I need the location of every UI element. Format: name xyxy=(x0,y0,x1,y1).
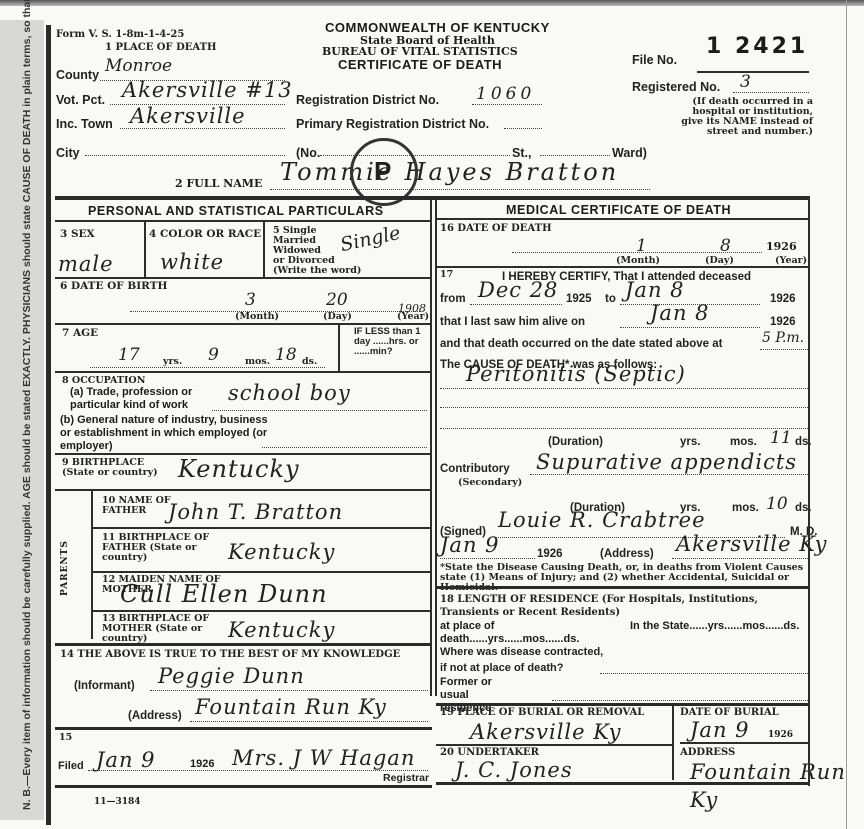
primary-reg-label: Primary Registration District No. xyxy=(296,117,489,131)
dod-month: 1 xyxy=(636,236,647,256)
column-divider xyxy=(435,196,437,696)
header-commonwealth: COMMONWEALTH OF KENTUCKY xyxy=(325,20,550,35)
occupation-a-value: school boy xyxy=(228,381,351,405)
file-no-label: File No. xyxy=(632,53,677,67)
death-time-text: and that death occurred on the date stat… xyxy=(440,338,722,350)
city-label: City xyxy=(56,146,80,160)
sign-date-value: Jan 9 xyxy=(440,533,500,557)
if-not-label: if not at place of death? xyxy=(440,662,563,674)
divider xyxy=(436,218,810,220)
informant-label: (Informant) xyxy=(74,680,135,692)
divider xyxy=(55,371,430,373)
full-name-line xyxy=(270,189,650,190)
secondary-label: (Secondary) xyxy=(458,478,522,488)
color-value: white xyxy=(160,250,224,274)
month-caption: (Month) xyxy=(235,312,279,322)
undertaker-address-label: ADDRESS xyxy=(680,748,735,758)
filed-date: Jan 9 xyxy=(96,748,156,772)
registrar-label: Registrar xyxy=(383,772,429,784)
color-label: 4 COLOR OR RACE xyxy=(149,229,261,240)
from-value: Dec 28 xyxy=(478,278,558,302)
reg-district-label: Registration District No. xyxy=(296,93,439,107)
vot-pct-value: Akersville #13 xyxy=(122,78,293,102)
divider xyxy=(92,571,430,573)
dod-year-caption: (Year) xyxy=(775,256,807,266)
undertaker-value: J. C. Jones xyxy=(455,758,573,782)
last-saw-value: Jan 8 xyxy=(650,301,710,325)
signed-value: Louie R. Crabtree xyxy=(498,508,706,532)
father-value: John T. Bratton xyxy=(168,500,343,524)
divider xyxy=(92,527,430,529)
dob-month: 3 xyxy=(245,290,256,310)
age-ds: 18 xyxy=(275,345,297,365)
personal-heading: PERSONAL AND STATISTICAL PARTICULARS xyxy=(88,204,384,218)
ward-line xyxy=(540,155,610,156)
undertaker-address-value: Fountain Run Ky xyxy=(690,758,850,814)
ds-caption: ds. xyxy=(302,357,317,367)
duration1-ds: 11 xyxy=(770,428,792,448)
duration2-mos-caption: mos. xyxy=(732,502,759,514)
informant-line xyxy=(150,690,428,691)
cause-value: Peritonitis (Septic) xyxy=(466,362,686,386)
full-name-label: 2 FULL NAME xyxy=(175,177,262,190)
scan-edge xyxy=(0,0,864,6)
yrs-caption: yrs. xyxy=(163,357,182,367)
full-name-value: Tommie Hayes Bratton xyxy=(280,158,619,186)
street-line xyxy=(320,155,510,156)
registrar-value: Mrs. J W Hagan xyxy=(232,746,415,770)
divider xyxy=(55,785,432,788)
last-saw-text: that I last saw him alive on xyxy=(440,316,585,328)
registered-no-label: Registered No. xyxy=(632,80,720,94)
burial-date-year: 1926 xyxy=(768,730,793,740)
filed-label: Filed xyxy=(58,760,84,772)
inc-town-label: Inc. Town xyxy=(56,117,113,131)
burial-date-value: Jan 9 xyxy=(690,718,750,742)
contracted-line xyxy=(600,673,810,674)
dob-label: 6 DATE OF BIRTH xyxy=(60,281,167,292)
vot-pct-label: Vot. Pct. xyxy=(56,93,105,107)
residence-at-place: at place of death......yrs......mos.....… xyxy=(440,620,610,646)
primary-reg-line xyxy=(504,128,542,129)
to-value: Jan 8 xyxy=(625,278,685,302)
stamp-letter: P xyxy=(374,156,391,187)
file-no-value: 1 2421 xyxy=(706,34,808,59)
registered-no-value: 3 xyxy=(740,72,751,92)
residence-heading: 18 LENGTH OF RESIDENCE (For Hospitals, I… xyxy=(440,593,812,619)
county-label: County xyxy=(56,68,99,82)
occupation-a-label: (a) Trade, profession or particular kind… xyxy=(70,386,230,412)
certify-number: 17 xyxy=(440,270,453,280)
divider xyxy=(55,220,430,222)
column-divider xyxy=(430,196,432,696)
physician-address-label: (Address) xyxy=(600,548,654,560)
filed-year: 1926 xyxy=(190,758,214,770)
informant-heading: 14 THE ABOVE IS TRUE TO THE BEST OF MY K… xyxy=(60,650,400,660)
burial-date-line xyxy=(680,742,810,744)
from-line xyxy=(470,304,562,305)
birthplace-value: Kentucky xyxy=(178,455,300,483)
father-birthplace-value: Kentucky xyxy=(228,540,335,564)
former-residence-line xyxy=(552,700,810,701)
header-certificate: CERTIFICATE OF DEATH xyxy=(338,57,502,72)
right-border xyxy=(808,196,810,786)
duration1-label: (Duration) xyxy=(548,436,603,448)
burial-place-value: Akersville Ky xyxy=(470,720,621,744)
county-value: Monroe xyxy=(105,56,172,76)
sign-date-line xyxy=(440,558,535,559)
where-contracted-label: Where was disease contracted, xyxy=(440,646,603,658)
burial-place-label: 19 PLACE OF BURIAL OR REMOVAL xyxy=(440,708,644,718)
contributory-label: Contributory xyxy=(440,463,510,475)
parents-label: PARENTS xyxy=(60,540,70,596)
divider xyxy=(91,489,93,639)
dod-label: 16 DATE OF DEATH xyxy=(440,224,552,234)
divider xyxy=(55,727,432,730)
less-than-day-note: IF LESS than 1 day ......hrs. or ......m… xyxy=(354,327,429,357)
occupation-a-line xyxy=(212,410,427,411)
occupation-b-line xyxy=(262,447,427,448)
death-time-line xyxy=(760,349,810,350)
left-border xyxy=(46,25,51,825)
death-certificate: N. B.—Every item of information should b… xyxy=(0,0,864,829)
age-yrs: 17 xyxy=(118,345,140,365)
to-year: 1926 xyxy=(770,293,796,305)
last-saw-line xyxy=(620,327,760,328)
divider xyxy=(436,703,810,706)
filed-number: 15 xyxy=(59,733,72,743)
form-footer: 11—3184 xyxy=(94,797,141,807)
divider xyxy=(436,782,810,785)
residence-in-state: In the State......yrs......mos......ds. xyxy=(630,620,810,633)
reg-district-value: 1060 xyxy=(476,84,535,104)
divider xyxy=(55,489,430,491)
sign-year: 1926 xyxy=(537,548,563,560)
contributory-line xyxy=(530,474,810,475)
place-of-death-heading: 1 PLACE OF DEATH xyxy=(105,43,217,53)
dod-day: 8 xyxy=(720,236,731,256)
inc-town-value: Akersville xyxy=(130,104,246,128)
occupation-label: 8 OCCUPATION xyxy=(62,376,145,386)
city-line xyxy=(85,155,285,156)
divider-top xyxy=(55,196,810,200)
inc-town-line xyxy=(120,128,285,129)
divider xyxy=(436,744,672,746)
occupation-b-label: (b) General nature of industry, business… xyxy=(60,414,275,453)
mother-value: Cull Ellen Dunn xyxy=(120,580,328,608)
divider xyxy=(55,643,432,646)
dod-day-caption: (Day) xyxy=(705,256,734,266)
from-label: from xyxy=(440,293,466,305)
informant-address-label: (Address) xyxy=(128,710,182,722)
divider xyxy=(263,222,265,277)
divider xyxy=(338,323,340,371)
year-caption: (Year) xyxy=(397,312,429,322)
divider xyxy=(436,586,810,589)
hospital-note: (If death occurred in a hospital or inst… xyxy=(668,97,813,137)
sex-label: 3 SEX xyxy=(60,229,95,240)
father-birthplace-label: 11 BIRTHPLACE OF FATHER (State or countr… xyxy=(102,533,222,563)
file-no-line xyxy=(697,71,809,73)
scan-edge-right xyxy=(846,0,847,829)
divider xyxy=(436,266,810,268)
cause-line-2 xyxy=(440,407,810,408)
divider xyxy=(672,705,674,780)
mother-birthplace-value: Kentucky xyxy=(228,618,335,642)
divider xyxy=(55,323,430,325)
mother-birthplace-label: 13 BIRTHPLACE OF MOTHER (State or countr… xyxy=(102,614,222,644)
informant-value: Peggie Dunn xyxy=(158,664,305,688)
duration1-mos-caption: mos. xyxy=(730,436,757,448)
burial-date-label: DATE OF BURIAL xyxy=(680,708,779,718)
age-mos: 9 xyxy=(208,345,219,365)
cause-line-3 xyxy=(440,428,810,429)
age-line xyxy=(90,367,325,368)
physician-address-value: Akersville Ky xyxy=(676,532,827,556)
sex-value: male xyxy=(58,252,114,276)
dod-year: 1926 xyxy=(766,240,797,253)
registered-no-line xyxy=(733,92,809,93)
form-number: Form V. S. 1-8m-1-4-25 xyxy=(56,30,184,40)
medical-heading: MEDICAL CERTIFICATE OF DEATH xyxy=(506,203,731,217)
divider xyxy=(144,222,146,277)
dod-month-caption: (Month) xyxy=(616,256,660,266)
dob-day: 20 xyxy=(326,290,348,310)
day-caption: (Day) xyxy=(323,312,352,322)
mos-caption: mos. xyxy=(245,357,270,367)
contributory-value: Supurative appendicts xyxy=(536,450,797,474)
from-year: 1925 xyxy=(566,293,592,305)
undertaker-label: 20 UNDERTAKER xyxy=(440,748,539,758)
cause-line-1 xyxy=(440,388,810,389)
death-time-value: 5 P.m. xyxy=(762,330,804,346)
physician-address-line xyxy=(672,558,810,559)
informant-address-line xyxy=(190,721,428,722)
informant-address-value: Fountain Run Ky xyxy=(195,695,387,719)
duration1-yrs: yrs. xyxy=(680,436,700,448)
birthplace-label: 9 BIRTHPLACE (State or country) xyxy=(62,458,158,478)
age-label: 7 AGE xyxy=(62,328,98,339)
last-saw-year: 1926 xyxy=(770,316,796,328)
duration2-ds: 10 xyxy=(766,494,788,514)
to-label: to xyxy=(605,293,616,305)
divider xyxy=(55,277,430,279)
divider xyxy=(92,610,430,612)
reg-district-line xyxy=(472,104,542,105)
sidebar-note: N. B.—Every item of information should b… xyxy=(22,20,33,810)
father-label: 10 NAME OF FATHER xyxy=(102,496,172,516)
